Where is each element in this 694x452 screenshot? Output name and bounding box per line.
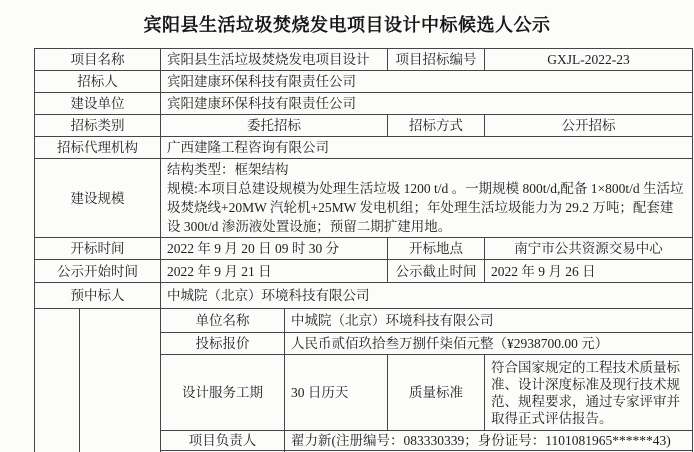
tender-method-value: 公开招标: [485, 115, 693, 137]
scale-line-structure: 结构类型：框架结构: [167, 160, 686, 179]
project-leader-label: 项目负责人: [161, 431, 285, 451]
scale-line-detail: 规模:本项目总建设规模为处理生活垃圾 1200 t/d 。一期规模 800t/d…: [167, 179, 686, 236]
project-leader-value: 翟力新(注册编号：083330339；身份证号：1101081965******…: [285, 431, 693, 451]
tender-method-label: 招标方式: [388, 115, 485, 137]
unit-name-label: 单位名称: [161, 309, 285, 333]
bid-number-value: GXJL-2022-23: [485, 49, 693, 71]
publicity-start-value: 2022 年 9 月 21 日: [161, 260, 388, 283]
project-name-label: 项目名称: [35, 49, 161, 71]
design-period-label: 设计服务工期: [161, 355, 285, 431]
scale-value: 结构类型：框架结构 规模:本项目总建设规模为处理生活垃圾 1200 t/d 。一…: [161, 159, 693, 238]
candidate-seq-cell-inner: [80, 309, 161, 452]
bid-opening-time-value: 2022 年 9 月 20 日 09 时 30 分: [161, 238, 388, 260]
publicity-end-label: 公示截止时间: [388, 260, 485, 283]
construction-unit-label: 建设单位: [35, 93, 161, 115]
agency-value: 广西建隆工程咨询有限公司: [161, 137, 693, 159]
publicity-end-value: 2022 年 9 月 26 日: [485, 260, 693, 283]
bid-price-label: 投标报价: [161, 333, 285, 355]
tender-category-value: 委托招标: [161, 115, 388, 137]
bid-opening-time-label: 开标时间: [35, 238, 161, 260]
agency-label: 招标代理机构: [35, 137, 161, 159]
announcement-table: 项目名称 宾阳县生活垃圾焚烧发电项目设计 项目招标编号 GXJL-2022-23…: [34, 48, 693, 452]
announcement-page: 宾阳县生活垃圾焚烧发电项目设计中标候选人公示 项目名称 宾阳县生活垃圾焚烧发电项…: [0, 0, 694, 452]
candidate-seq-cell-outer: [35, 309, 80, 452]
tender-category-label: 招标类别: [35, 115, 161, 137]
project-name-value: 宾阳县生活垃圾焚烧发电项目设计: [161, 49, 388, 71]
bid-price-value: 人民币贰佰玖拾叁万捌仟柒佰元整（¥2938700.00 元）: [285, 333, 693, 355]
scale-label: 建设规模: [35, 159, 161, 238]
design-period-value: 30 日历天: [285, 355, 388, 431]
unit-name-value: 中城院（北京）环境科技有限公司: [285, 309, 693, 333]
bid-opening-place-value: 南宁市公共资源交易中心: [485, 238, 693, 260]
bid-number-label: 项目招标编号: [388, 49, 485, 71]
tenderer-value: 宾阳建康环保科技有限责任公司: [161, 71, 693, 93]
quality-standard-value: 符合国家规定的工程技术质量标准、设计深度标准及现行技术规范、规程要求，通过专家评…: [485, 355, 693, 431]
construction-unit-value: 宾阳建康环保科技有限责任公司: [161, 93, 693, 115]
publicity-start-label: 公示开始时间: [35, 260, 161, 283]
quality-standard-label: 质量标准: [388, 355, 485, 431]
bid-opening-place-label: 开标地点: [388, 238, 485, 260]
pre-winner-label: 预中标人: [35, 283, 161, 309]
page-title: 宾阳县生活垃圾焚烧发电项目设计中标候选人公示: [0, 11, 694, 37]
pre-winner-value: 中城院（北京）环境科技有限公司: [161, 283, 693, 309]
tenderer-label: 招标人: [35, 71, 161, 93]
